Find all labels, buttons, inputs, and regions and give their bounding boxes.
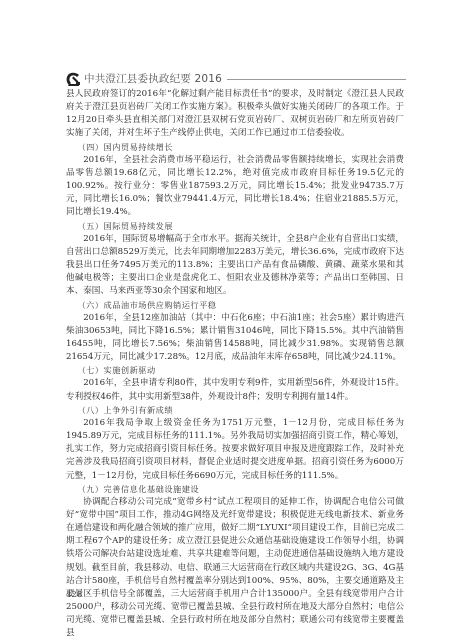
section-paragraph-investment: 2016年我局争取上级资金任务为1751万元整，1－12月份，完成目标任务为19…: [66, 417, 404, 483]
section-heading-international-trade: （五）国际贸易持续发展: [66, 220, 404, 233]
section-heading-fuel-market: （六）成品油市场供应购销运行平稳: [66, 299, 404, 312]
running-header: 中共澄江县委执政纪要 2016: [66, 70, 406, 86]
intro-paragraph: 县人民政府签订的2016年“化解过剩产能目标责任书”的要求，及时制定《澄江县人民…: [66, 88, 404, 141]
section-paragraph-domestic-trade: 2016年，全县社会消费市场平稳运行，社会消费品零售额持续增长，实现社会消费品零…: [66, 154, 404, 220]
party-emblem-icon: [66, 71, 81, 85]
section-paragraph-infrastructure: 协调配合移动公司完成“宽带乡村”试点工程项目的延伸工作，协调配合电信公司做好“宽…: [66, 496, 404, 640]
page-body: 县人民政府签订的2016年“化解过剩产能目标责任书”的要求，及时制定《澄江县人民…: [66, 88, 404, 640]
section-paragraph-fuel-market: 2016年，全县12座加油站（其中：中石化6座；中石油1座；社会5座）累计购进汽…: [66, 312, 404, 365]
section-paragraph-international-trade: 2016年，国际贸易增幅高于全市水平。据海关统计，全县8户企业有自营出口实绩，自…: [66, 233, 404, 299]
section-paragraph-innovation: 2016年，全县申请专利80件，其中发明专利9件，实用新型56件，外观设计15件…: [66, 377, 404, 403]
page-number: 428: [66, 590, 82, 600]
section-heading-innovation: （七）实施创新驱动: [66, 364, 404, 377]
section-heading-investment: （八）上争外引有新成绩: [66, 404, 404, 417]
section-heading-domestic-trade: （四）国内贸易持续增长: [66, 141, 404, 154]
section-heading-infrastructure: （九）完善信息化基础设施建设: [66, 483, 404, 496]
header-title: 中共澄江县委执政纪要 2016: [84, 71, 222, 86]
header-divider: [227, 79, 406, 80]
